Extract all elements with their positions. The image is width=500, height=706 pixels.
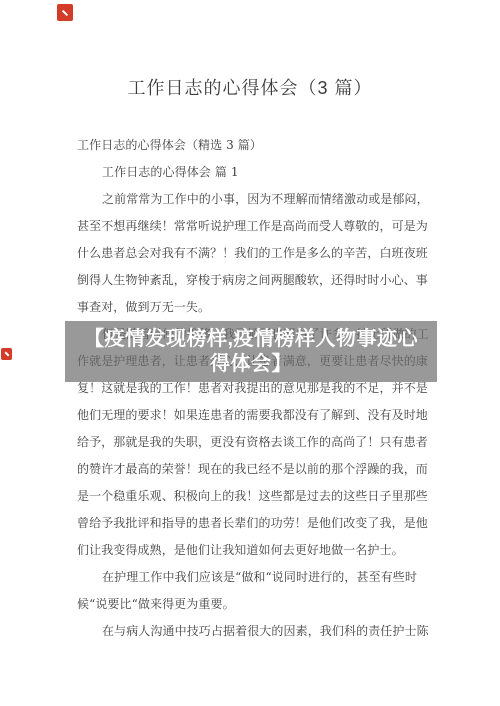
watermark-overlay-text: 【疫情发现榜样,疫情榜样人物事迹心 得体会】 — [65, 327, 437, 377]
document-page: 工作日志的心得体会（3 篇） 工作日志的心得体会（精选 3 篇）工作日志的心得体… — [0, 0, 500, 706]
watermark-overlay-banner: 【疫情发现榜样,疫情榜样人物事迹心 得体会】 — [65, 321, 437, 382]
body-text-line: 工作日志的心得体会（精选 3 篇） — [77, 132, 425, 159]
body-text-line: 是一个稳重乐观、积极向上的我！这些都是过去的这些日子里那些 — [77, 483, 425, 510]
body-text-line: 之前常常为工作中的小事，因为不理解而情绪激动或是郁闷， — [77, 186, 425, 213]
body-text-line: 在护理工作中我们应该是“做和“说同时进行的，甚至有些时 — [77, 564, 425, 591]
body-text-line: 什么患者总会对我有不满？！我们的工作是多么的辛苦，白班夜班 — [77, 240, 425, 267]
body-text-line: 的赞许才最高的荣誉！现在的我已经不是以前的那个浮躁的我，而 — [77, 456, 425, 483]
red-placeholder-icon — [1, 348, 12, 360]
body-text-line: 们让我变得成熟，是他们让我知道如何去更好地做一名护士。 — [77, 537, 425, 564]
page-title: 工作日志的心得体会（3 篇） — [0, 74, 500, 100]
body-text-line: 甚至不想再继续！常常听说护理工作是高尚而受人尊敬的，可是为 — [77, 213, 425, 240]
body-text-line: 工作日志的心得体会 篇 1 — [77, 159, 425, 186]
document-body: 工作日志的心得体会（精选 3 篇）工作日志的心得体会 篇 1之前常常为工作中的小… — [77, 132, 425, 645]
watermark-line-2: 得体会】 — [65, 352, 437, 377]
body-text-line: 倒得人生物钟紊乱，穿梭于病房之间两腿酸软，还得时时小心、事 — [77, 267, 425, 294]
body-text-line: 他们无理的要求！如果连患者的需要我都没有了解到、没有及时地 — [77, 402, 425, 429]
red-placeholder-icon — [57, 4, 73, 21]
body-text-line: 给予，那就是我的失职，更没有资格去谈工作的高尚了！只有患者 — [77, 429, 425, 456]
placeholder-glyph — [4, 352, 9, 357]
body-text-line: 事查对，做到万无一失。 — [77, 294, 425, 321]
body-text-line: 在与病人沟通中技巧占据着很大的因素，我们科的责任护士陈 — [77, 618, 425, 645]
body-text-line: 曾给予我批评和指导的患者长辈们的功劳！是他们改变了我，是他 — [77, 510, 425, 537]
placeholder-glyph — [62, 9, 68, 15]
body-text-line: 候“说要比“做来得更为重要。 — [77, 591, 425, 618]
watermark-line-1: 【疫情发现榜样,疫情榜样人物事迹心 — [65, 327, 437, 352]
